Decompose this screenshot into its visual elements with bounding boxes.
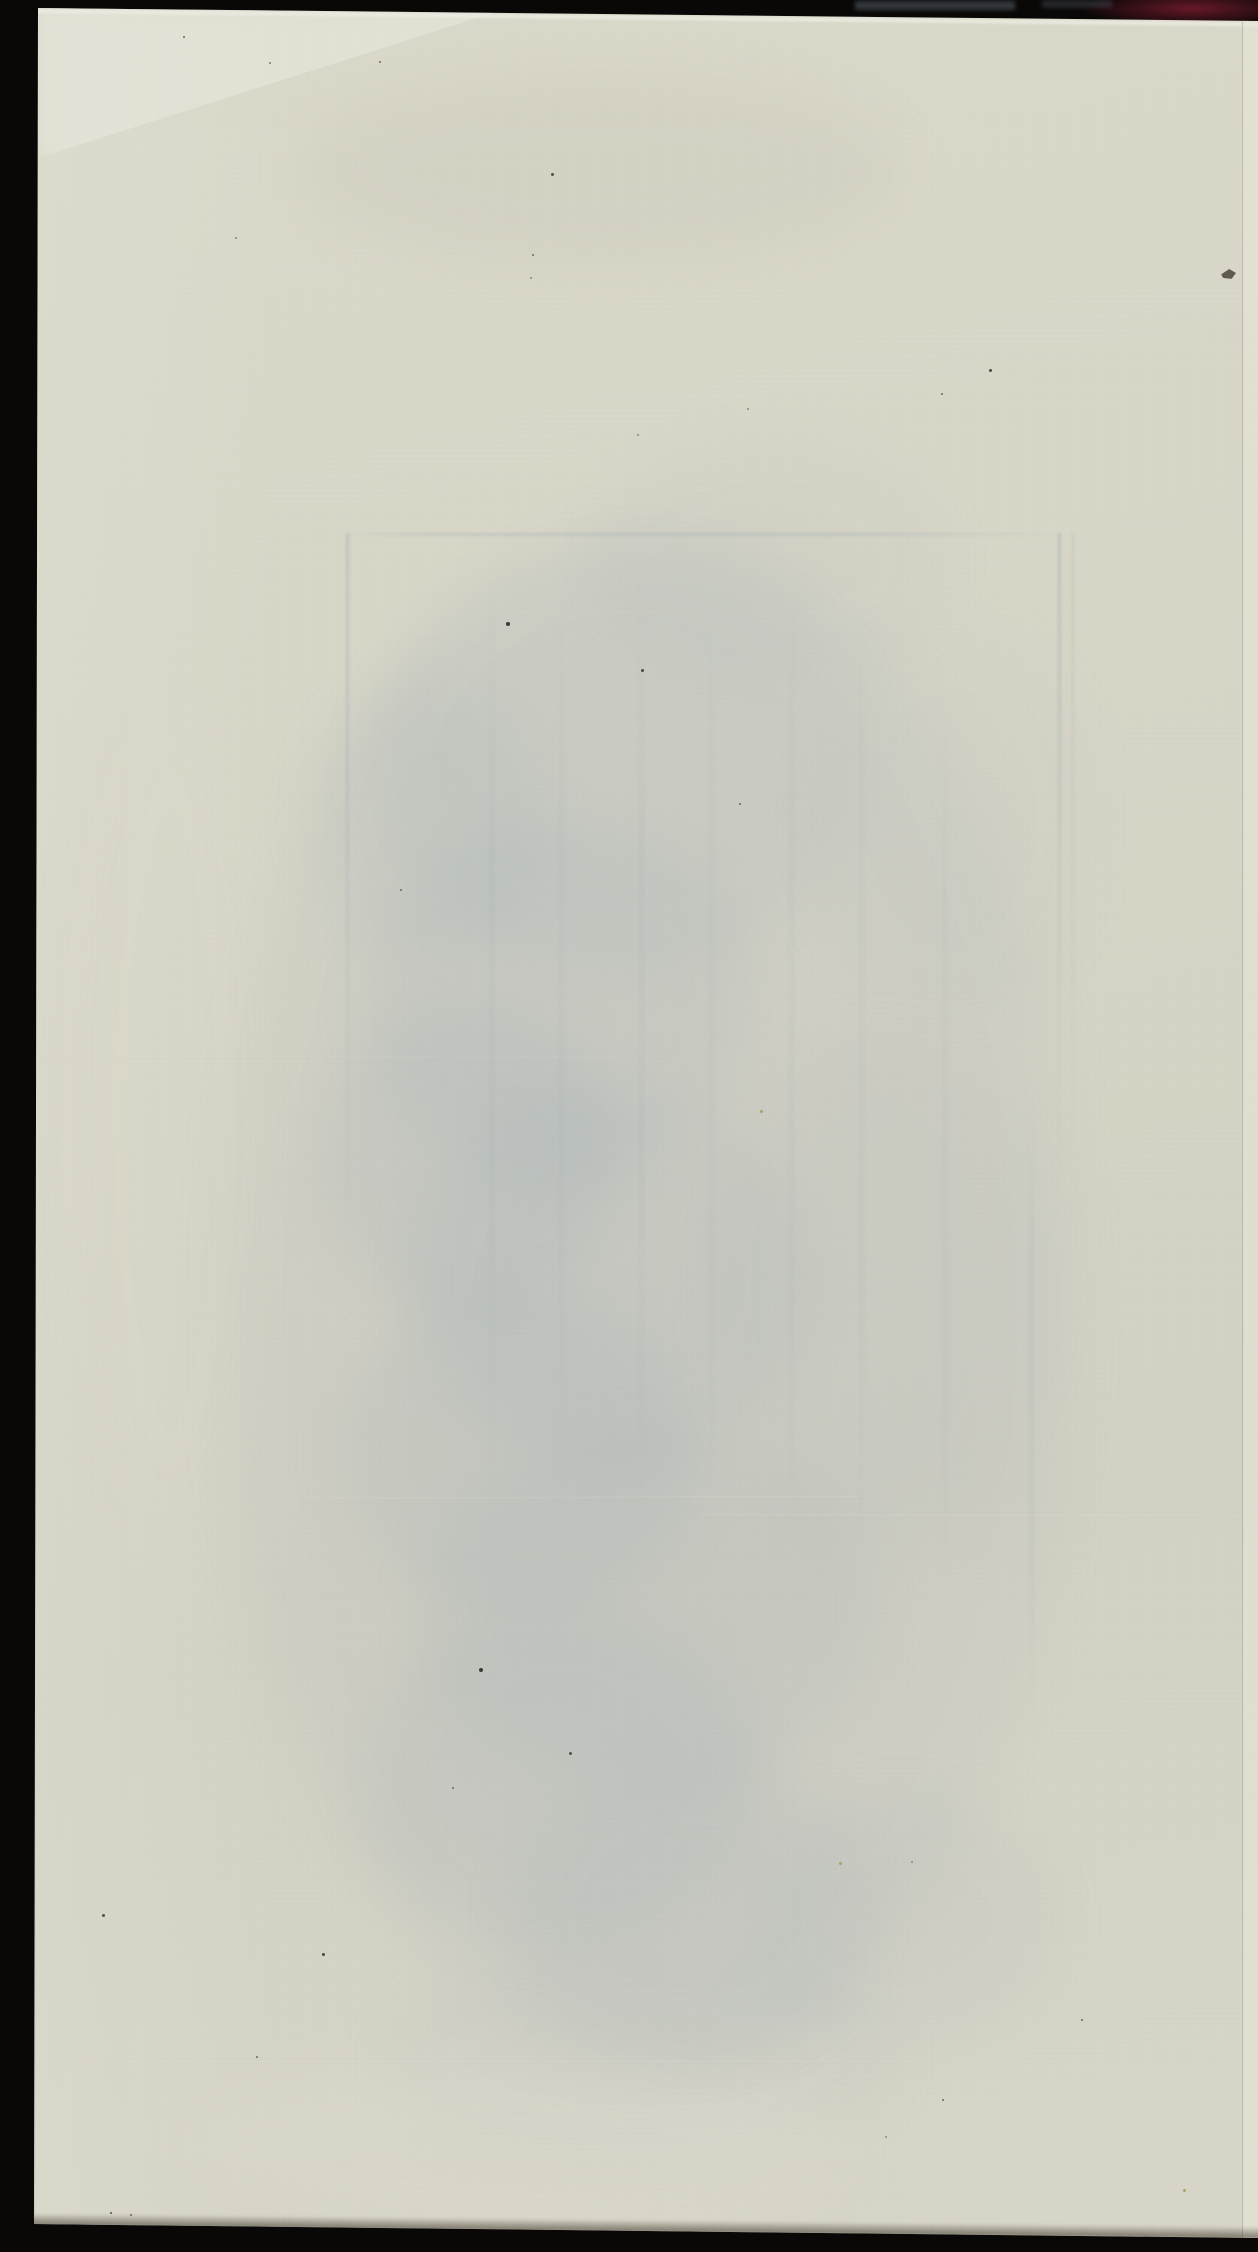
- right-page-edge: [1243, 21, 1258, 2238]
- ghost-ink-blob: [60, 700, 280, 1540]
- foxing-speck: [989, 369, 992, 372]
- foxing-speck: [235, 237, 237, 239]
- ghost-column-line: [860, 590, 863, 1580]
- foxing-speck: [400, 889, 402, 891]
- foxing-speck: [269, 62, 271, 64]
- foxing-speck: [569, 1752, 572, 1755]
- ghost-ink-blob: [710, 1030, 1050, 1550]
- foxing-speck: [102, 1914, 105, 1917]
- foxing-speck: [506, 622, 510, 626]
- ghost-column-line: [710, 590, 713, 1540]
- foxing-speck: [637, 434, 639, 436]
- ghost-column-line: [790, 580, 793, 1560]
- foxing-speck: [256, 2056, 258, 2058]
- foxing-speck: [839, 1862, 842, 1865]
- foxing-speck: [379, 61, 381, 63]
- ghost-column-line: [943, 700, 946, 1620]
- scanner-strip-noise: [1042, 0, 1112, 8]
- foxing-speck: [530, 277, 532, 279]
- ghost-ink-blob: [800, 620, 1100, 1020]
- foxing-speck: [885, 2136, 887, 2138]
- ghost-bleedthrough: [0, 0, 1258, 2252]
- foxing-speck: [942, 2099, 944, 2101]
- foxing-speck: [747, 408, 749, 410]
- foxing-speck: [479, 1668, 483, 1672]
- ghost-ink-blob: [310, 680, 550, 960]
- foxing-speck: [1081, 2019, 1083, 2021]
- paper-sheet: [0, 0, 1258, 2252]
- foxing-speck: [760, 1110, 763, 1113]
- foxing-speck: [1183, 2189, 1186, 2192]
- foxing-speck: [941, 393, 943, 395]
- ghost-column-line: [640, 570, 643, 1520]
- ghost-ink-blob: [200, 2060, 840, 2240]
- foxing-speck: [183, 36, 185, 38]
- foxing-speck: [322, 1953, 325, 1956]
- foxing-speck: [739, 803, 741, 805]
- foxing-speck: [551, 173, 554, 176]
- ghost-column-line: [560, 580, 563, 1500]
- foxing-speck: [532, 254, 534, 256]
- foxing-speck: [641, 669, 644, 672]
- ghost-column-line: [490, 570, 493, 1480]
- ghost-column-line: [1030, 1100, 1033, 1720]
- foxing-speck: [911, 1861, 913, 1863]
- scan-root: [0, 0, 1258, 2252]
- ghost-ink-blob: [300, 75, 900, 265]
- foxing-speck: [452, 1787, 454, 1789]
- scanner-strip-noise: [855, 1, 1015, 10]
